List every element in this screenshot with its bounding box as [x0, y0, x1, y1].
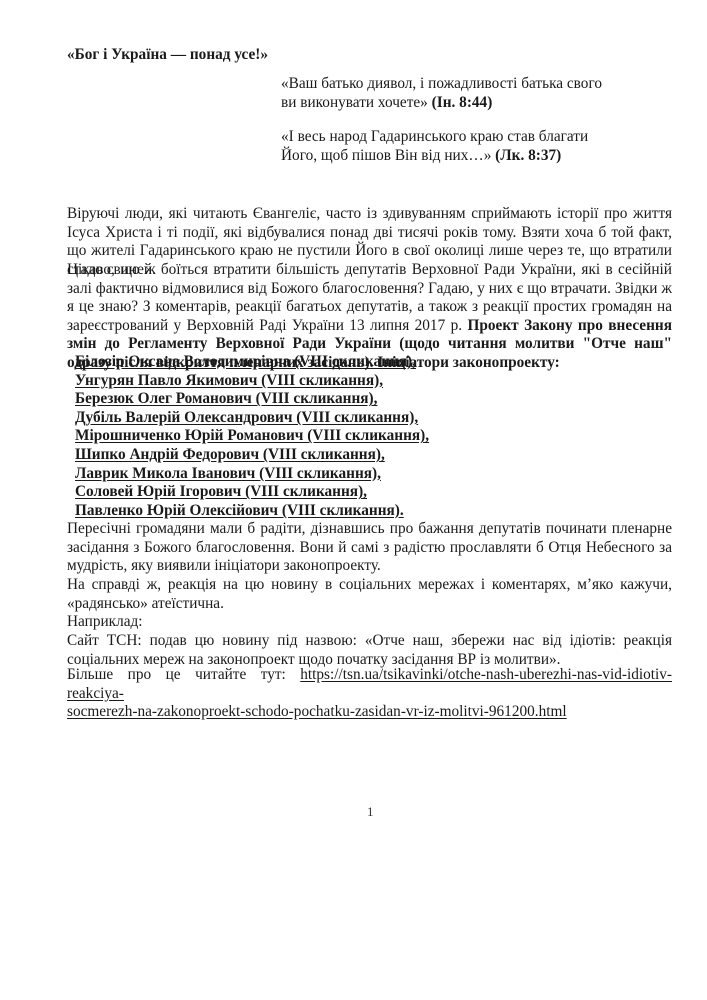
list-item: Лаврик Микола Іванович (VIII скликання), [75, 465, 429, 484]
list-item: Шипко Андрій Федорович (VIII скликання), [75, 446, 429, 465]
paragraph-read-more: Більше про це читайте тут: https://tsn.u… [67, 666, 672, 722]
list-item: Павленко Юрій Олексійович (VIII скликанн… [75, 502, 429, 521]
initiator-link[interactable]: Лаврик Микола Іванович (VIII скликання), [75, 465, 381, 482]
initiator-link[interactable]: Березюк Олег Романович (VIII скликання), [75, 390, 377, 407]
list-item: Соловей Юрій Ігорович (VIII скликання), [75, 483, 429, 502]
initiator-link[interactable]: Шипко Андрій Федорович (VIII скликання), [75, 446, 385, 463]
list-item: Унгурян Павло Якимович (VIII скликання), [75, 372, 429, 391]
epigraph-line: «І весь народ Гадаринського краю став бл… [281, 128, 681, 147]
paragraph-text: Більше про це читайте тут: https://tsn.u… [67, 666, 672, 722]
paragraph-example-label: Наприклад: [67, 613, 672, 632]
epigraph-line: «Ваш батько диявол, і пожадливості батьк… [281, 75, 681, 94]
page-number: 1 [367, 803, 374, 822]
paragraph-reaction: На справді ж, реакція на цю новину в соц… [67, 576, 672, 613]
document-page: «Бог і Україна — понад усе!» «Ваш батько… [0, 0, 707, 1000]
list-item: Дубіль Валерій Олександрович (VIII склик… [75, 409, 429, 428]
paragraph-text: Пересічні громадяни мали б радіти, дізна… [67, 520, 672, 576]
list-item: Мірошниченко Юрій Романович (VIII склика… [75, 427, 429, 446]
epigraph-line: ви виконувати хочете» [281, 94, 428, 111]
epigraph-john: «Ваш батько диявол, і пожадливості батьк… [281, 75, 681, 112]
initiator-link[interactable]: Мірошниченко Юрій Романович (VIII склика… [75, 427, 429, 444]
initiator-link[interactable]: Дубіль Валерій Олександрович (VIII склик… [75, 409, 418, 426]
initiators-list: Білозір Оксана Володимирівна (VIII склик… [75, 353, 429, 520]
paragraph-text: Сайт ТСН: подав цю новину під назвою: «О… [67, 632, 672, 669]
list-item: Білозір Оксана Володимирівна (VIII склик… [75, 353, 429, 372]
initiator-link[interactable]: Білозір Оксана Володимирівна (VIII склик… [75, 353, 416, 370]
paragraph-citizens: Пересічні громадяни мали б радіти, дізна… [67, 520, 672, 576]
initiator-link[interactable]: Унгурян Павло Якимович (VIII скликання), [75, 372, 383, 389]
read-more-label: Більше про це читайте тут: [67, 666, 300, 683]
paragraph-text: Наприклад: [67, 613, 672, 632]
bible-reference: (Ін. 8:44) [432, 94, 493, 111]
paragraph-tsn: Сайт ТСН: подав цю новину під назвою: «О… [67, 632, 672, 669]
motto-heading: «Бог і Україна — понад усе!» [67, 46, 268, 65]
source-link-continued[interactable]: socmerezh-na-zakonoproekt-schodo-pochatk… [67, 703, 672, 722]
paragraph-text: На справді ж, реакція на цю новину в соц… [67, 576, 672, 613]
epigraph-luke: «І весь народ Гадаринського краю став бл… [281, 128, 681, 165]
initiator-link[interactable]: Павленко Юрій Олексійович (VIII скликанн… [75, 502, 404, 519]
list-item: Березюк Олег Романович (VIII скликання), [75, 390, 429, 409]
initiator-link[interactable]: Соловей Юрій Ігорович (VIII скликання), [75, 483, 367, 500]
epigraph-line: Його, щоб пішов Він від них…» [281, 147, 491, 164]
bible-reference: (Лк. 8:37) [495, 147, 561, 164]
